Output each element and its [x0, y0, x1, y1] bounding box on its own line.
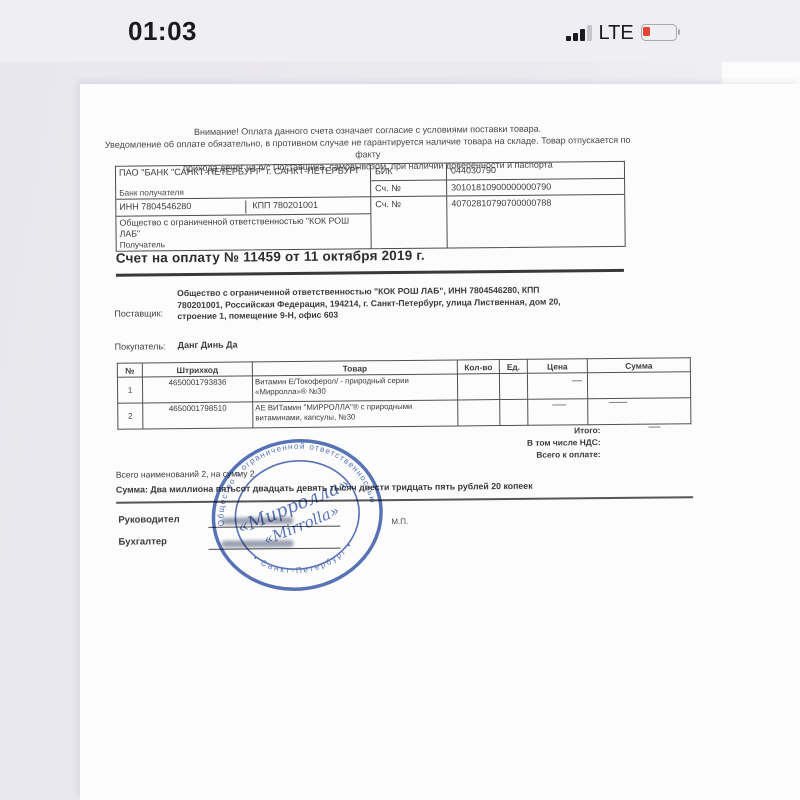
faint-mark: [609, 402, 627, 403]
item-1-sum: [587, 372, 690, 399]
item-1-qty: [457, 374, 499, 400]
battery-level-low: [643, 27, 650, 36]
item-1-unit: [499, 373, 527, 399]
title-underline: [116, 269, 624, 276]
table-row: 2 4650001798510 АЕ ВИТамин "МИРРОЛЛА"® с…: [118, 398, 691, 429]
corr-account-value: 30101810900000000790: [447, 179, 624, 197]
buyer-value: Данг Динь Да: [178, 340, 238, 351]
corr-account-label: Сч. №: [371, 181, 446, 198]
bank-name: ПАО "БАНК "САНКТ-ПЕТЕРБУРГ" г. САНКТ-ПЕТ…: [119, 165, 367, 177]
company-stamp: Общество с ограниченной ответственностью…: [199, 425, 396, 605]
item-2-qty: [458, 400, 500, 426]
invoice-title: Счет на оплату № 11459 от 11 октября 201…: [116, 248, 425, 266]
col-unit: Ед.: [499, 359, 527, 373]
recipient-name: Общество с ограниченной ответственностью…: [119, 215, 367, 238]
item-2-name: АЕ ВИТамин "МИРРОЛЛА"® с природными вита…: [253, 400, 458, 428]
item-1-barcode: 4650001793836: [142, 376, 252, 403]
bank-labels-column: БИК Сч. № Сч. №: [370, 164, 447, 249]
item-1-name: Витамин Е/Токоферол/ - природный серии «…: [252, 374, 457, 402]
bank-requisites-table: ПАО "БАНК "САНКТ-ПЕТЕРБУРГ" г. САНКТ-ПЕТ…: [115, 161, 626, 252]
accountant-label: Бухгалтер: [118, 536, 167, 547]
battery-icon: [641, 24, 677, 41]
item-1-num: 1: [117, 377, 142, 403]
col-price: Цена: [527, 359, 587, 374]
item-2-barcode: 4650001798510: [143, 402, 253, 429]
invoice-photo: Внимание! Оплата данного счета означает …: [0, 62, 800, 800]
director-label: Руководител: [118, 514, 179, 526]
total-nds-label: В том числе НДС:: [413, 437, 601, 449]
recipient-caption: Получатель: [120, 239, 165, 250]
item-2-num: 2: [118, 403, 143, 429]
item-2-unit: [500, 399, 528, 425]
kpp-value: КПП 780201001: [245, 200, 318, 214]
account-label: Сч. №: [371, 197, 446, 249]
invoice-paper: Внимание! Оплата данного счета означает …: [80, 84, 800, 800]
recipient-cell: Общество с ограниченной ответственностью…: [116, 214, 370, 250]
faint-mark: [572, 380, 582, 381]
faint-mark: [648, 427, 660, 428]
col-num: №: [117, 363, 142, 377]
status-bar: 01:03 LTE: [0, 0, 800, 62]
stamp-place-label: М.П.: [391, 517, 408, 526]
col-sum: Сумма: [587, 358, 690, 373]
invoice-document: Внимание! Оплата данного счета означает …: [79, 80, 800, 800]
col-qty: Кол-во: [457, 360, 499, 374]
inn-value: ИНН 7804546280: [119, 201, 191, 212]
status-time: 01:03: [128, 16, 197, 47]
status-icons: LTE: [566, 24, 677, 41]
bank-name-caption: Банк получателя: [119, 187, 184, 198]
bik-label: БИК: [371, 164, 446, 182]
supplier-value: Общество с ограниченной ответственностью…: [177, 284, 565, 322]
item-2-price: [528, 399, 588, 426]
items-table: № Штрихкод Товар Кол-во Ед. Цена Сумма 1…: [117, 357, 692, 430]
account-value: 40702810790700000788: [447, 195, 624, 248]
total-itogo-label: Итого:: [412, 425, 600, 437]
buyer-label: Покупатель:: [115, 341, 166, 351]
bank-name-cell: ПАО "БАНК "САНКТ-ПЕТЕРБУРГ" г. САНКТ-ПЕТ…: [116, 164, 370, 199]
item-1-price: [527, 373, 587, 400]
total-due-label: Всего к оплате:: [413, 449, 601, 461]
bank-values-column: 044030790 30101810900000000790 407028107…: [446, 162, 625, 248]
item-2-sum: [588, 398, 691, 425]
faint-mark: [552, 404, 566, 405]
supplier-label: Поставщик:: [114, 308, 163, 318]
bottom-rule: [116, 496, 693, 503]
signal-strength-icon: [566, 24, 592, 41]
col-barcode: Штрихкод: [142, 362, 252, 377]
bik-value: 044030790: [447, 162, 624, 181]
network-type-label: LTE: [599, 25, 634, 42]
